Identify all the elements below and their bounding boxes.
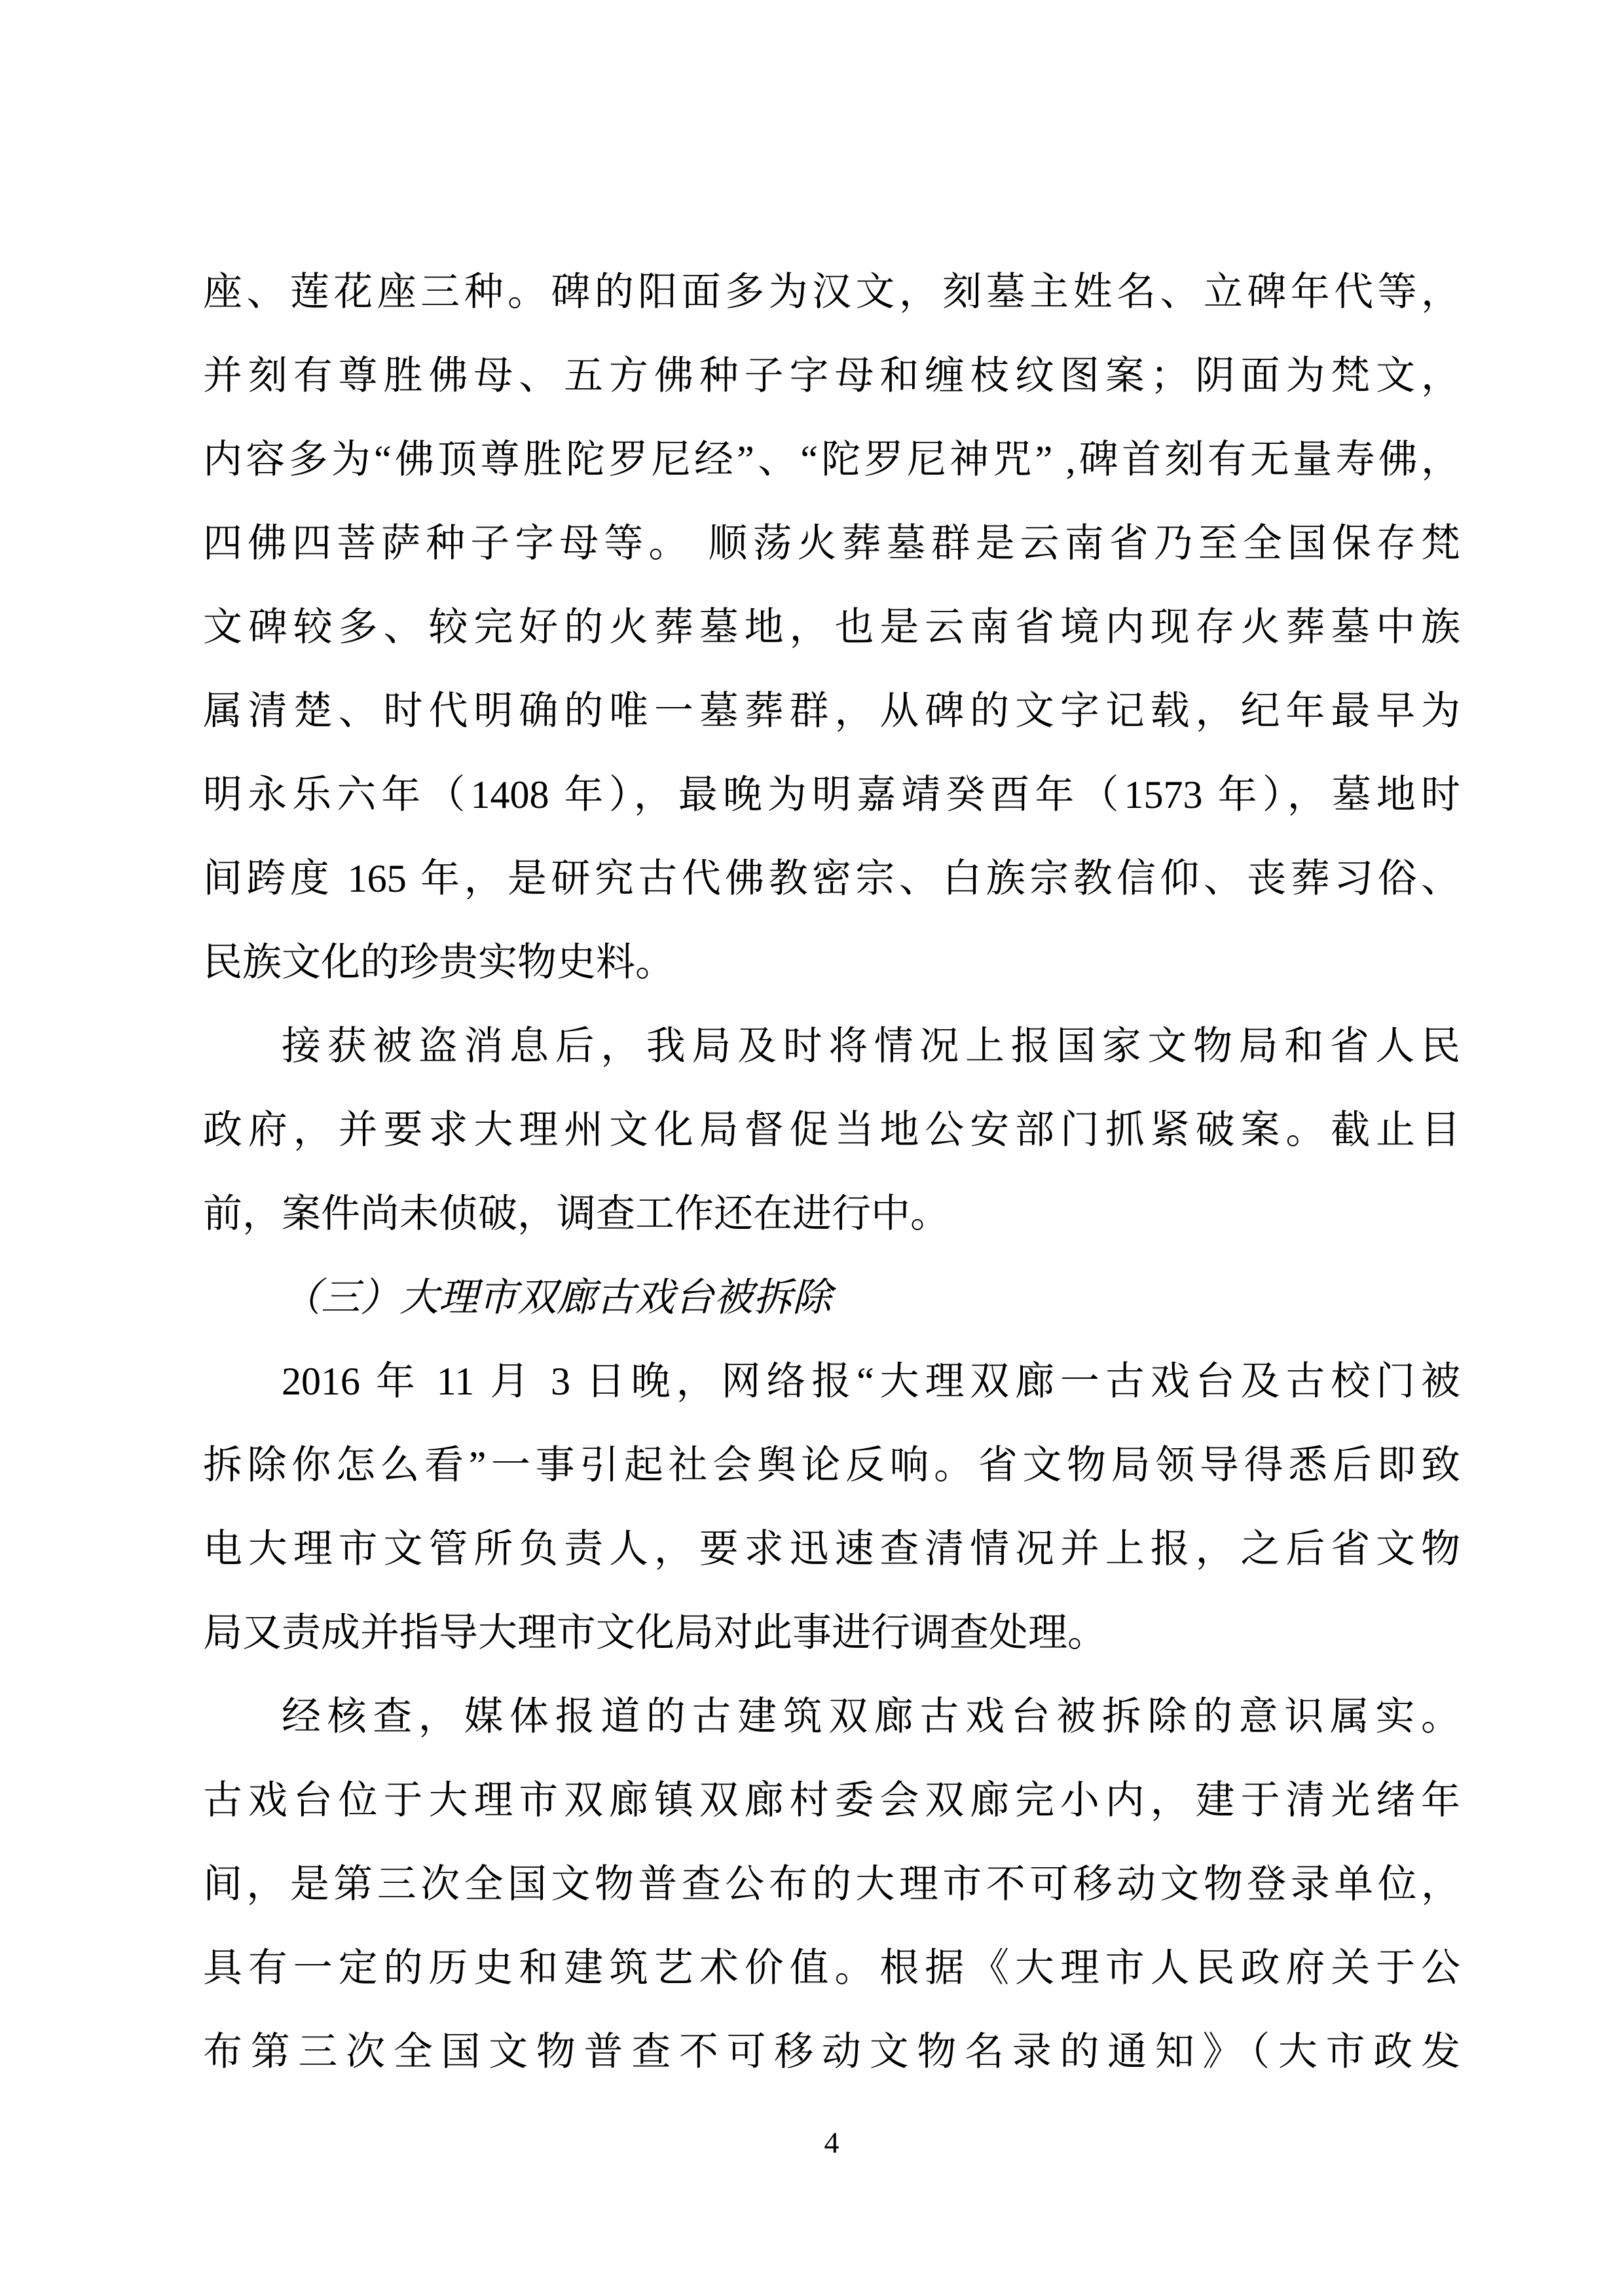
body-line: 经核查，媒体报道的古建筑双廊古戏台被拆除的意识属实。 xyxy=(203,1675,1460,1758)
body-line: 具有一定的历史和建筑艺术价值。根据《大理市人民政府关于公 xyxy=(203,1926,1460,2010)
body-line: 拆除你怎么看”一事引起社会舆论反响。省文物局领导得悉后即致 xyxy=(203,1423,1460,1507)
page-number: 4 xyxy=(203,2120,1460,2166)
body-line: 内容多为“佛顶尊胜陀罗尼经”、“陀罗尼神咒” ,碑首刻有无量寿佛， xyxy=(203,418,1460,501)
body-line: 文碑较多、较完好的火葬墓地，也是云南省境内现存火葬墓中族 xyxy=(203,585,1460,669)
body-line: 并刻有尊胜佛母、五方佛种子字母和缠枝纹图案；阴面为梵文， xyxy=(203,334,1460,418)
body-line: 前，案件尚未侦破，调查工作还在进行中。 xyxy=(203,1172,1460,1256)
body-line: 明永乐六年（1408 年），最晚为明嘉靖癸酉年（1573 年），墓地时 xyxy=(203,753,1460,837)
body-line: 四佛四菩萨种子字母等。 顺荡火葬墓群是云南省乃至全国保存梵 xyxy=(203,501,1460,585)
body-line: 间跨度 165 年，是研究古代佛教密宗、白族宗教信仰、丧葬习俗、 xyxy=(203,837,1460,920)
document-body: 座、莲花座三种。碑的阳面多为汉文，刻墓主姓名、立碑年代等， 并刻有尊胜佛母、五方… xyxy=(203,250,1460,2094)
body-line: 间，是第三次全国文物普查公布的大理市不可移动文物登录单位， xyxy=(203,1842,1460,1926)
section-heading: （三）大理市双廊古戏台被拆除 xyxy=(203,1256,1460,1339)
document-page: 座、莲花座三种。碑的阳面多为汉文，刻墓主姓名、立碑年代等， 并刻有尊胜佛母、五方… xyxy=(0,0,1624,2296)
body-line: 2016 年 11 月 3 日晚，网络报“大理双廊一古戏台及古校门被 xyxy=(203,1339,1460,1423)
body-line: 电大理市文管所负责人，要求迅速查清情况并上报，之后省文物 xyxy=(203,1507,1460,1591)
body-line: 接获被盗消息后，我局及时将情况上报国家文物局和省人民 xyxy=(203,1004,1460,1088)
body-line: 座、莲花座三种。碑的阳面多为汉文，刻墓主姓名、立碑年代等， xyxy=(203,250,1460,334)
body-line: 政府，并要求大理州文化局督促当地公安部门抓紧破案。截止目 xyxy=(203,1088,1460,1172)
body-line: 属清楚、时代明确的唯一墓葬群，从碑的文字记载，纪年最早为 xyxy=(203,669,1460,753)
body-line: 古戏台位于大理市双廊镇双廊村委会双廊完小内，建于清光绪年 xyxy=(203,1758,1460,1842)
body-line: 局又责成并指导大理市文化局对此事进行调查处理。 xyxy=(203,1591,1460,1675)
body-line: 布第三次全国文物普查不可移动文物名录的通知》（大市政发 xyxy=(203,2010,1460,2094)
body-line: 民族文化的珍贵实物史料。 xyxy=(203,920,1460,1004)
